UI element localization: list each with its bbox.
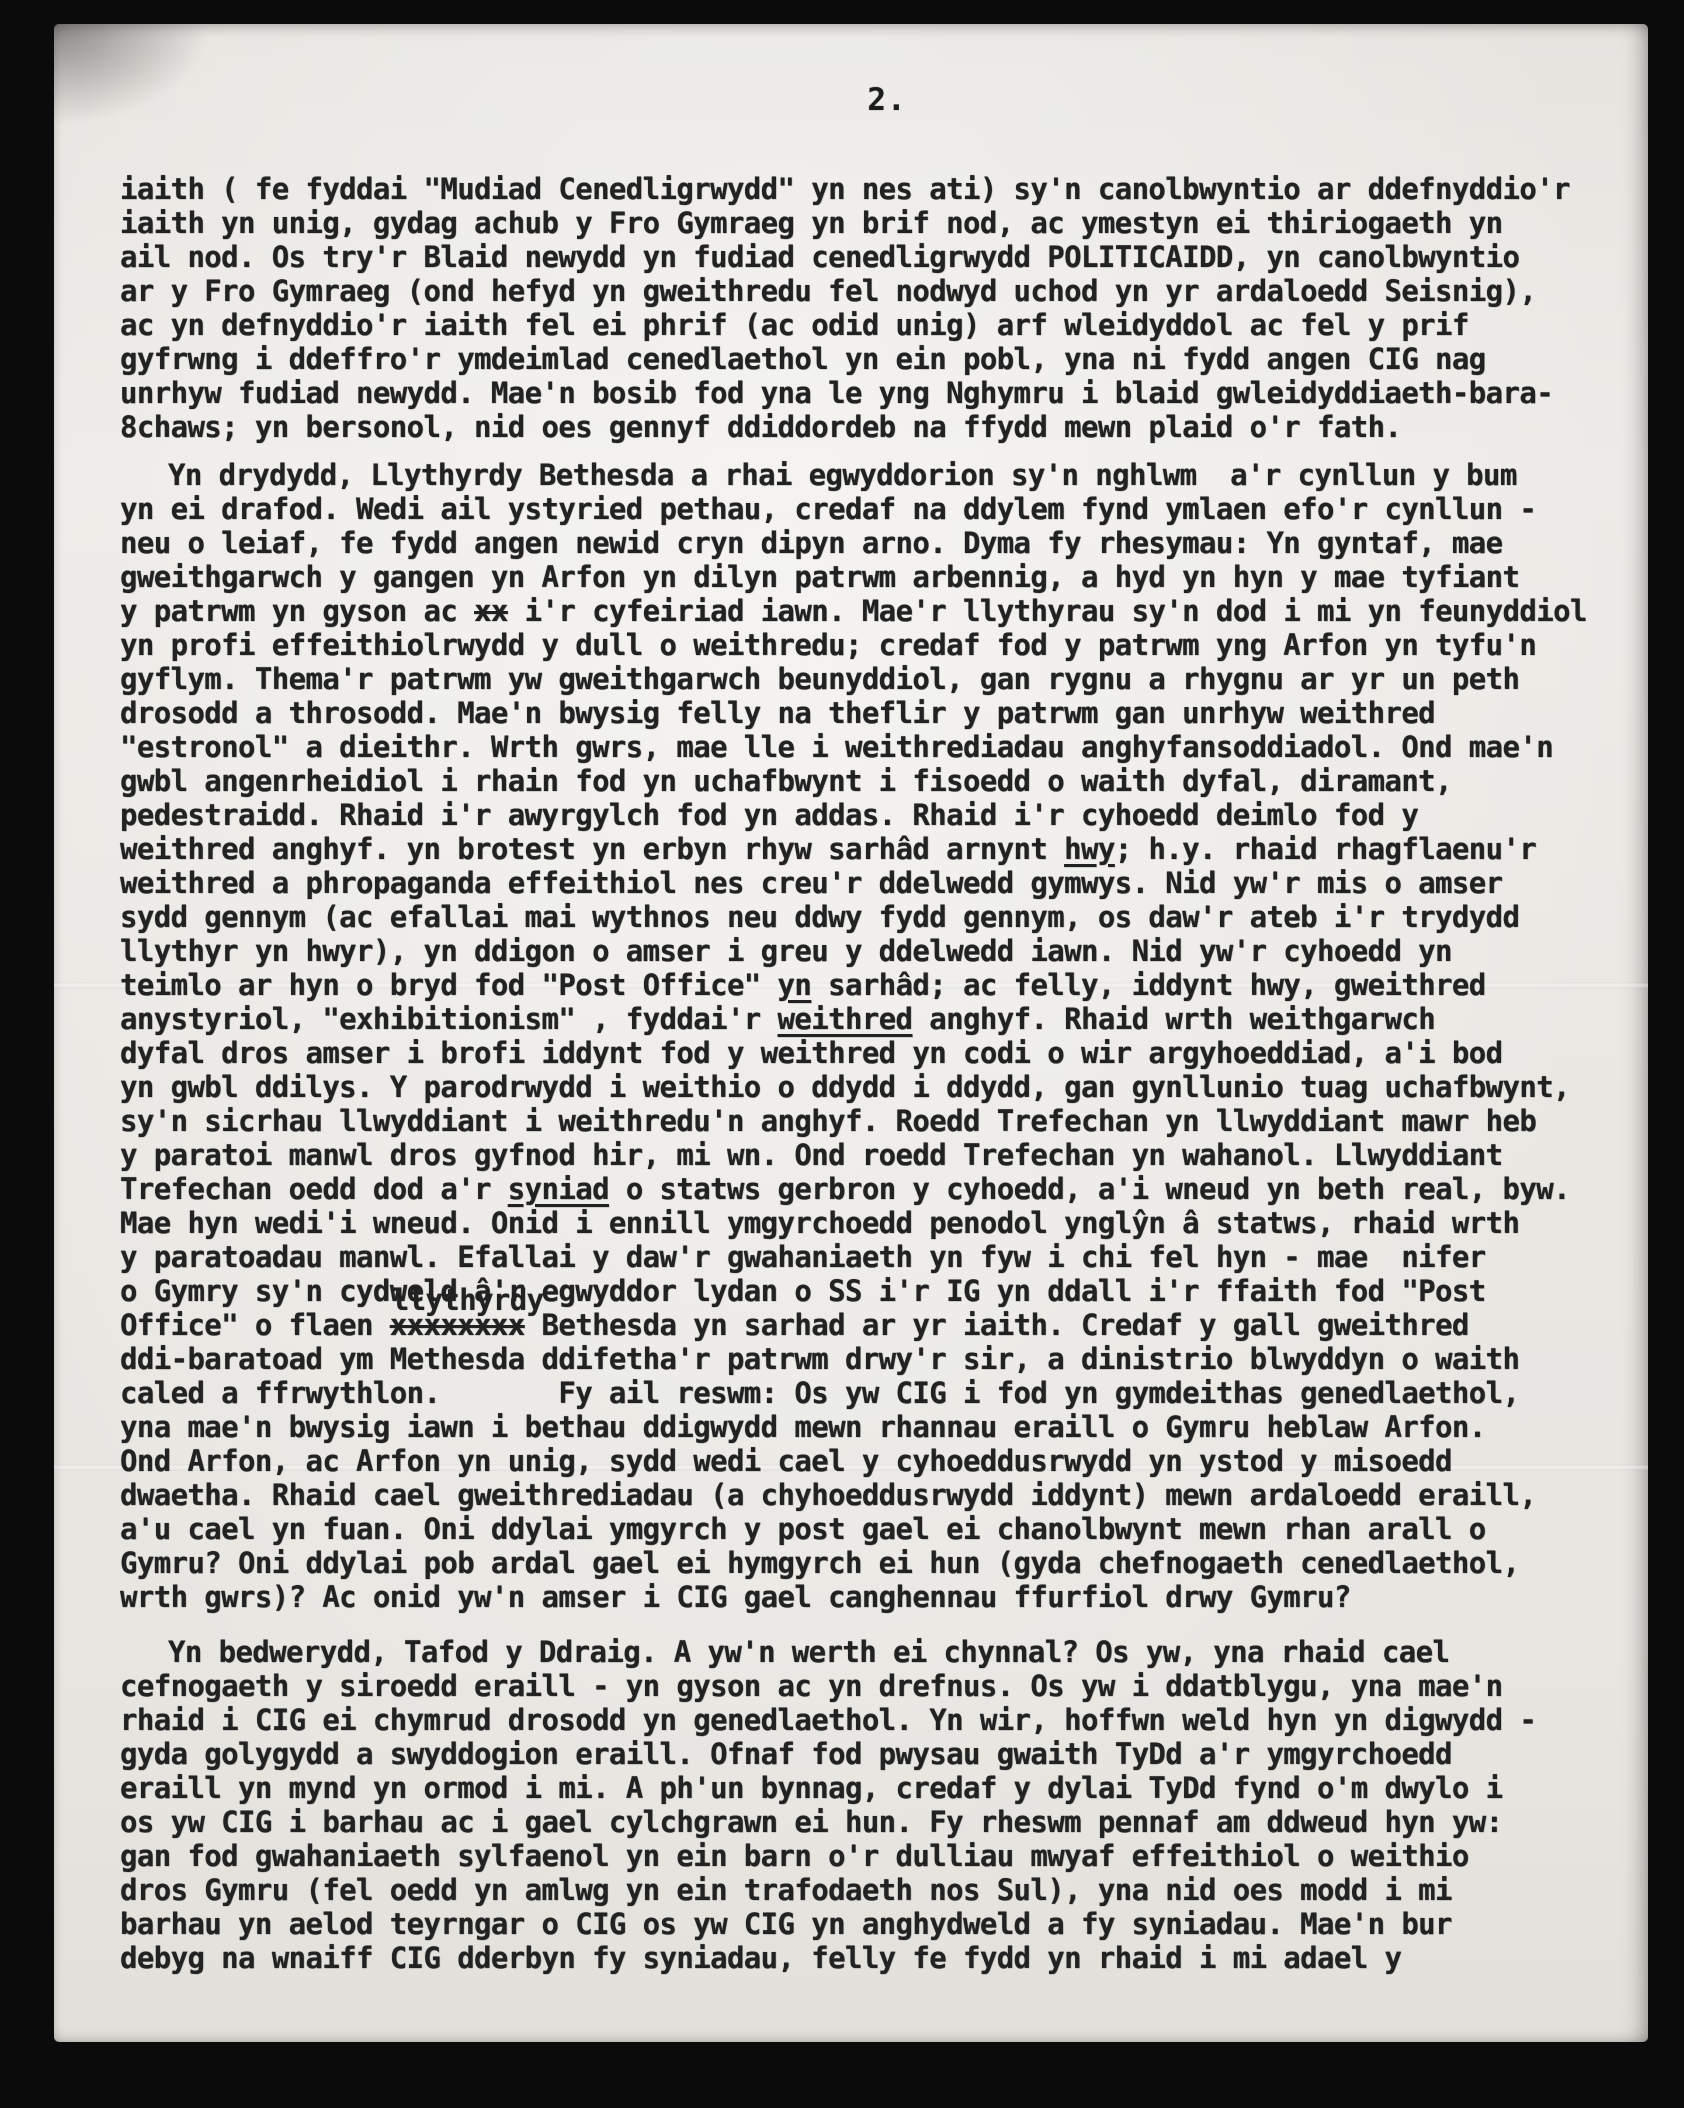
text-line: wrth gwrs)? Ac onid yw'n amser i CIG gae… — [120, 1580, 1646, 1614]
text-line: iaith ( fe fyddai "Mudiad Cenedligrwydd"… — [120, 172, 1646, 206]
text-segment: Yn bedwerydd, Tafod y Ddraig. A yw'n wer… — [168, 1635, 1449, 1669]
text-line: y paratoi manwl dros gyfnod hir, mi wn. … — [120, 1138, 1646, 1172]
text-segment: sarhâd; ac felly, iddynt hwy, gweithred — [811, 968, 1485, 1002]
text-line: gyflym. Thema'r patrwm yw gweithgarwch b… — [120, 662, 1646, 696]
text-segment: ddi-baratoad ym Methesda ddifetha'r patr… — [120, 1342, 1519, 1376]
text-line: debyg na wnaiff CIG dderbyn fy syniadau,… — [120, 1941, 1646, 1975]
text-line: weithred anghyf. yn brotest yn erbyn rhy… — [120, 832, 1646, 866]
text-line: weithred a phropaganda effeithiol nes cr… — [120, 866, 1646, 900]
text-line: caled a ffrwythlon. Fy ail reswm: Os yw … — [120, 1376, 1646, 1410]
text-line: sy'n sicrhau llwyddiant i weithredu'n an… — [120, 1104, 1646, 1138]
text-segment: a'u cael yn fuan. Oni ddylai ymgyrch y p… — [120, 1512, 1486, 1546]
text-segment: Mae hyn wedi'i wneud. Onid i ennill ymgy… — [120, 1206, 1519, 1240]
text-line: a'u cael yn fuan. Oni ddylai ymgyrch y p… — [120, 1512, 1646, 1546]
underlined-text: syniad — [508, 1172, 609, 1206]
text-line: gwbl angenrheidiol i rhain fod yn uchafb… — [120, 764, 1646, 798]
text-segment: yna mae'n bwysig iawn i bethau ddigwydd … — [120, 1410, 1486, 1444]
text-line: o Gymry sy'n cydweld â'r egwyddor lydan … — [120, 1274, 1646, 1308]
text-line: ail nod. Os try'r Blaid newydd yn fudiad… — [120, 240, 1646, 274]
text-segment: gyflym. Thema'r patrwm yw gweithgarwch b… — [120, 662, 1519, 696]
text-line: "estronol" a dieithr. Wrth gwrs, mae lle… — [120, 730, 1646, 764]
text-line: llythyr yn hwyr), yn ddigon o amser i gr… — [120, 934, 1646, 968]
struck-out-text: xx — [474, 594, 508, 628]
paragraph: iaith ( fe fyddai "Mudiad Cenedligrwydd"… — [120, 172, 1646, 444]
text-segment: Ond Arfon, ac Arfon yn unig, sydd wedi c… — [120, 1444, 1452, 1478]
text-segment: caled a ffrwythlon. Fy ail reswm: Os yw … — [120, 1376, 1519, 1410]
text-segment: weithred a phropaganda effeithiol nes cr… — [120, 866, 1502, 900]
text-line: Gymru? Oni ddylai pob ardal gael ei hymg… — [120, 1546, 1646, 1580]
text-line: yn profi effeithiolrwydd y dull o weithr… — [120, 628, 1646, 662]
text-line: os yw CIG i barhau ac i gael cylchgrawn … — [120, 1805, 1646, 1839]
text-segment: barhau yn aelod teyrngar o CIG os yw CIG… — [120, 1907, 1452, 1941]
text-line: drosodd a throsodd. Mae'n bwysig felly n… — [120, 696, 1646, 730]
text-segment: rhaid i CIG ei chymrud drosodd yn genedl… — [120, 1703, 1536, 1737]
underlined-text: hwy — [1064, 832, 1115, 866]
text-segment: gweithgarwch y gangen yn Arfon yn dilyn … — [120, 560, 1519, 594]
text-line: y patrwm yn gyson ac xx i'r cyfeiriad ia… — [120, 594, 1646, 628]
text-segment: i'r cyfeiriad iawn. Mae'r llythyrau sy'n… — [508, 594, 1587, 628]
document-page: 2. iaith ( fe fyddai "Mudiad Cenedligrwy… — [54, 24, 1648, 2042]
text-segment: "estronol" a dieithr. Wrth gwrs, mae lle… — [120, 730, 1553, 764]
text-segment: unrhyw fudiad newydd. Mae'n bosib fod yn… — [120, 376, 1553, 410]
text-line: gyda golygydd a swyddogion eraill. Ofnaf… — [120, 1737, 1646, 1771]
text-segment: Office" o flaen — [120, 1308, 390, 1342]
text-line: yna mae'n bwysig iawn i bethau ddigwydd … — [120, 1410, 1646, 1444]
text-segment: Gymru? Oni ddylai pob ardal gael ei hymg… — [120, 1546, 1519, 1580]
text-segment: yn profi effeithiolrwydd y dull o weithr… — [120, 628, 1536, 662]
text-line: gan fod gwahaniaeth sylfaenol yn ein bar… — [120, 1839, 1646, 1873]
underlined-text: yn — [778, 968, 812, 1002]
text-line: Office" o flaen llythyrdyxxxxxxxx Bethes… — [120, 1308, 1646, 1342]
text-segment: 8chaws; yn bersonol, nid oes gennyf ddid… — [120, 410, 1401, 444]
text-line: cefnogaeth y siroedd eraill - yn gyson a… — [120, 1669, 1646, 1703]
text-line: barhau yn aelod teyrngar o CIG os yw CIG… — [120, 1907, 1646, 1941]
text-line: Ond Arfon, ac Arfon yn unig, sydd wedi c… — [120, 1444, 1646, 1478]
text-segment: eraill yn mynd yn ormod i mi. A ph'un by… — [120, 1771, 1502, 1805]
text-line: iaith yn unig, gydag achub y Fro Gymraeg… — [120, 206, 1646, 240]
text-segment: drosodd a throsodd. Mae'n bwysig felly n… — [120, 696, 1435, 730]
text-segment: dwaetha. Rhaid cael gweithrediadau (a ch… — [120, 1478, 1536, 1512]
text-segment: gyda golygydd a swyddogion eraill. Ofnaf… — [120, 1737, 1452, 1771]
text-line: dwaetha. Rhaid cael gweithrediadau (a ch… — [120, 1478, 1646, 1512]
text-segment: debyg na wnaiff CIG dderbyn fy syniadau,… — [120, 1941, 1401, 1975]
text-segment: Yn drydydd, Llythyrdy Bethesda a rhai eg… — [168, 458, 1517, 492]
text-segment: y patrwm yn gyson ac — [120, 594, 474, 628]
paragraph: Yn bedwerydd, Tafod y Ddraig. A yw'n wer… — [120, 1635, 1646, 1975]
text-segment: weithred anghyf. yn brotest yn erbyn rhy… — [120, 832, 1064, 866]
text-segment: dros Gymru (fel oedd yn amlwg yn ein tra… — [120, 1873, 1452, 1907]
inserted-word-above: llythyrdy — [392, 1283, 544, 1317]
text-segment: anystyriol, "exhibitionism" , fyddai'r — [120, 1002, 778, 1036]
text-line: ar y Fro Gymraeg (ond hefyd yn gweithred… — [120, 274, 1646, 308]
page-number: 2. — [90, 82, 1648, 118]
text-segment: gyfrwng i ddeffro'r ymdeimlad cenedlaeth… — [120, 342, 1486, 376]
text-line: Yn drydydd, Llythyrdy Bethesda a rhai eg… — [120, 458, 1646, 492]
text-segment: iaith yn unig, gydag achub y Fro Gymraeg… — [120, 206, 1502, 240]
text-segment: ail nod. Os try'r Blaid newydd yn fudiad… — [120, 240, 1519, 274]
text-line: ac yn defnyddio'r iaith fel ei phrif (ac… — [120, 308, 1646, 342]
text-line: dyfal dros amser i brofi iddynt fod y we… — [120, 1036, 1646, 1070]
text-segment: sydd gennym (ac efallai mai wythnos neu … — [120, 900, 1519, 934]
text-line: gweithgarwch y gangen yn Arfon yn dilyn … — [120, 560, 1646, 594]
text-line: teimlo ar hyn o bryd fod "Post Office" y… — [120, 968, 1646, 1002]
scanned-letter-screenshot: { "scan": { "paper_color": "#e9e7e2", "b… — [0, 0, 1684, 2108]
text-line: yn gwbl ddilys. Y parodrwydd i weithio o… — [120, 1070, 1646, 1104]
text-segment: y paratoadau manwl. Efallai y daw'r gwah… — [120, 1240, 1486, 1274]
document-body: iaith ( fe fyddai "Mudiad Cenedligrwydd"… — [120, 172, 1646, 1975]
text-line: rhaid i CIG ei chymrud drosodd yn genedl… — [120, 1703, 1646, 1737]
text-segment: sy'n sicrhau llwyddiant i weithredu'n an… — [120, 1104, 1536, 1138]
text-line: Yn bedwerydd, Tafod y Ddraig. A yw'n wer… — [120, 1635, 1646, 1669]
text-segment: os yw CIG i barhau ac i gael cylchgrawn … — [120, 1805, 1502, 1839]
text-segment: neu o leiaf, fe fydd angen newid cryn di… — [120, 526, 1502, 560]
text-line: anystyriol, "exhibitionism" , fyddai'r w… — [120, 1002, 1646, 1036]
text-line: Trefechan oedd dod a'r syniad o statws g… — [120, 1172, 1646, 1206]
text-segment: anghyf. Rhaid wrth weithgarwch — [912, 1002, 1435, 1036]
text-line: dros Gymru (fel oedd yn amlwg yn ein tra… — [120, 1873, 1646, 1907]
text-segment: y paratoi manwl dros gyfnod hir, mi wn. … — [120, 1138, 1502, 1172]
text-segment: dyfal dros amser i brofi iddynt fod y we… — [120, 1036, 1502, 1070]
text-line: ddi-baratoad ym Methesda ddifetha'r patr… — [120, 1342, 1646, 1376]
text-line: yn ei drafod. Wedi ail ystyried pethau, … — [120, 492, 1646, 526]
text-segment: wrth gwrs)? Ac onid yw'n amser i CIG gae… — [120, 1580, 1351, 1614]
text-line: pedestraidd. Rhaid i'r awyrgylch fod yn … — [120, 798, 1646, 832]
text-line: y paratoadau manwl. Efallai y daw'r gwah… — [120, 1240, 1646, 1274]
text-segment: o statws gerbron y cyhoedd, a'i wneud yn… — [609, 1172, 1570, 1206]
text-segment: Bethesda yn sarhad ar yr iaith. Credaf y… — [525, 1308, 1469, 1342]
text-line: neu o leiaf, fe fydd angen newid cryn di… — [120, 526, 1646, 560]
text-segment: pedestraidd. Rhaid i'r awyrgylch fod yn … — [120, 798, 1418, 832]
text-line: sydd gennym (ac efallai mai wythnos neu … — [120, 900, 1646, 934]
text-segment: gan fod gwahaniaeth sylfaenol yn ein bar… — [120, 1839, 1469, 1873]
text-segment: iaith ( fe fyddai "Mudiad Cenedligrwydd"… — [120, 172, 1570, 206]
text-segment: llythyr yn hwyr), yn ddigon o amser i gr… — [120, 934, 1452, 968]
text-segment: o Gymry sy'n cydweld â'r egwyddor lydan … — [120, 1274, 1486, 1308]
text-segment: teimlo ar hyn o bryd fod "Post Office" — [120, 968, 778, 1002]
text-segment: yn ei drafod. Wedi ail ystyried pethau, … — [120, 492, 1536, 526]
text-line: Mae hyn wedi'i wneud. Onid i ennill ymgy… — [120, 1206, 1646, 1240]
text-segment: Trefechan oedd dod a'r — [120, 1172, 508, 1206]
text-segment: ac yn defnyddio'r iaith fel ei phrif (ac… — [120, 308, 1469, 342]
text-segment: yn gwbl ddilys. Y parodrwydd i weithio o… — [120, 1070, 1570, 1104]
text-segment: gwbl angenrheidiol i rhain fod yn uchafb… — [120, 764, 1452, 798]
text-segment: ; h.y. rhaid rhagflaenu'r — [1115, 832, 1537, 866]
paragraph: Yn drydydd, Llythyrdy Bethesda a rhai eg… — [120, 458, 1646, 1614]
text-segment: cefnogaeth y siroedd eraill - yn gyson a… — [120, 1669, 1502, 1703]
text-line: eraill yn mynd yn ormod i mi. A ph'un by… — [120, 1771, 1646, 1805]
underlined-text: weithred — [778, 1002, 913, 1036]
text-line: unrhyw fudiad newydd. Mae'n bosib fod yn… — [120, 376, 1646, 410]
text-line: 8chaws; yn bersonol, nid oes gennyf ddid… — [120, 410, 1646, 444]
text-line: gyfrwng i ddeffro'r ymdeimlad cenedlaeth… — [120, 342, 1646, 376]
text-segment: ar y Fro Gymraeg (ond hefyd yn gweithred… — [120, 274, 1536, 308]
typed-correction: llythyrdyxxxxxxxx — [390, 1308, 525, 1342]
